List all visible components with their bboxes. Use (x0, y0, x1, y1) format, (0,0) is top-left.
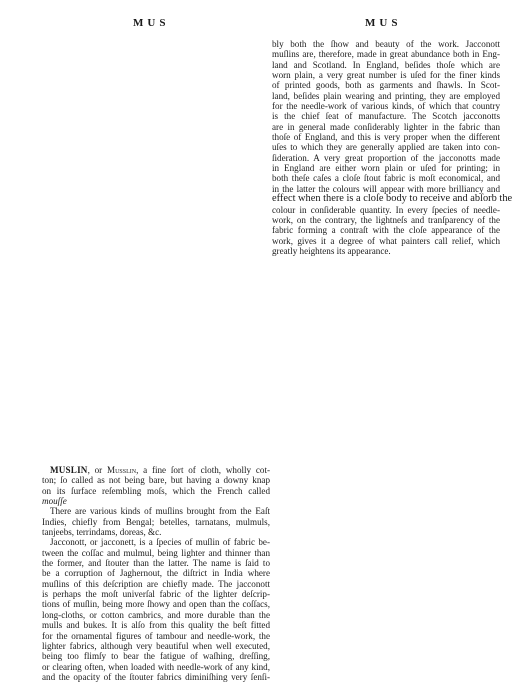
text-line: is perhaps the moſt univerſal fabric of … (42, 589, 270, 599)
text-line: be a corruption of Jaghernout, the diſtr… (42, 568, 270, 578)
text-line: are in general made conſiderably lighter… (272, 122, 500, 132)
text-line: for the ornamental figures of tambour an… (42, 631, 270, 641)
headword-variant: Musslin (107, 465, 136, 475)
text-line: There are various kinds of muſlins broug… (42, 506, 270, 516)
text-line: mulls and bukes. It is alſo from this qu… (42, 620, 270, 630)
text-line-italic: mouſſe (42, 496, 270, 506)
text-line: greatly heightens its appearance. (272, 246, 500, 256)
text-line: ſideration. A very great proportion of t… (272, 153, 500, 163)
text-line: Jacconott, or jacconett, is a ſpecies of… (42, 537, 270, 547)
text-line: colour in conſiderable quantity. In ever… (272, 205, 500, 215)
text-line: long-cloths, or cotton cambrics, and mor… (42, 610, 270, 620)
text-line: thoſe of England, and this is very prope… (272, 132, 500, 142)
text-line: land, beſides plain wearing and printing… (272, 91, 500, 101)
running-head-left: MUS (133, 17, 169, 29)
text-line: being too flimſy to bear the fatigue of … (42, 651, 270, 661)
text-line: muſlins of this deſcription are chiefly … (42, 579, 270, 589)
text-line: is the chief ſeat of manufacture. The Sc… (272, 111, 500, 121)
text-line: work, gives it a degree of what painters… (272, 236, 500, 246)
text-line: fabric forming a contraſt with the cloſe… (272, 225, 500, 235)
text-line: both theſe caſes a cloſe ſtout fabric is… (272, 173, 500, 183)
text-line: uſes to which they are generally applied… (272, 142, 500, 152)
text-line: tween the coſſac and mulmul, being light… (42, 548, 270, 558)
text-line: tanjeebs, terrindams, doreas, &c. (42, 527, 270, 537)
text-line: ton; ſo called as not being bare, but ha… (42, 475, 270, 485)
text-line: Indies, chiefly from Bengal; betelles, t… (42, 517, 270, 527)
text-line: muſlins are, therefore, made in great ab… (272, 49, 500, 59)
text-line: effect when there is a cloſe body to rec… (272, 194, 500, 204)
text-line: of printed goods, both as garments and ſ… (272, 80, 500, 90)
running-head-right: MUS (365, 17, 401, 29)
text-line: the former, and ſtouter than the latter.… (42, 558, 270, 568)
text-line: lighter fabrics, although very beautiful… (42, 641, 270, 651)
entry-first-line: MUSLIN, or Musslin, a fine ſort of cloth… (42, 465, 270, 475)
text-line: work, on the contrary, the lightneſs and… (272, 215, 500, 225)
headword: MUSLIN (50, 465, 88, 475)
text-line: on its ſurface reſembling moſs, which th… (42, 486, 270, 496)
text-line: or clearing often, when loaded with need… (42, 662, 270, 672)
text-line: in England are either worn plain or uſed… (272, 163, 500, 173)
text-line: land and Scotland. In England, beſides t… (272, 60, 500, 70)
text-line: and the opacity of the ſtouter fabrics d… (42, 672, 270, 682)
text-line: worn plain, a very great number is uſed … (272, 70, 500, 80)
text-line: for the needle-work of various kinds, of… (272, 101, 500, 111)
text-line: tions of muſlin, being more ſhowy and op… (42, 599, 270, 609)
right-column-text: bly both the ſhow and beauty of the work… (272, 39, 500, 256)
text-line: bly both the ſhow and beauty of the work… (272, 39, 500, 49)
left-column-text: MUSLIN, or Musslin, a fine ſort of cloth… (42, 465, 270, 682)
